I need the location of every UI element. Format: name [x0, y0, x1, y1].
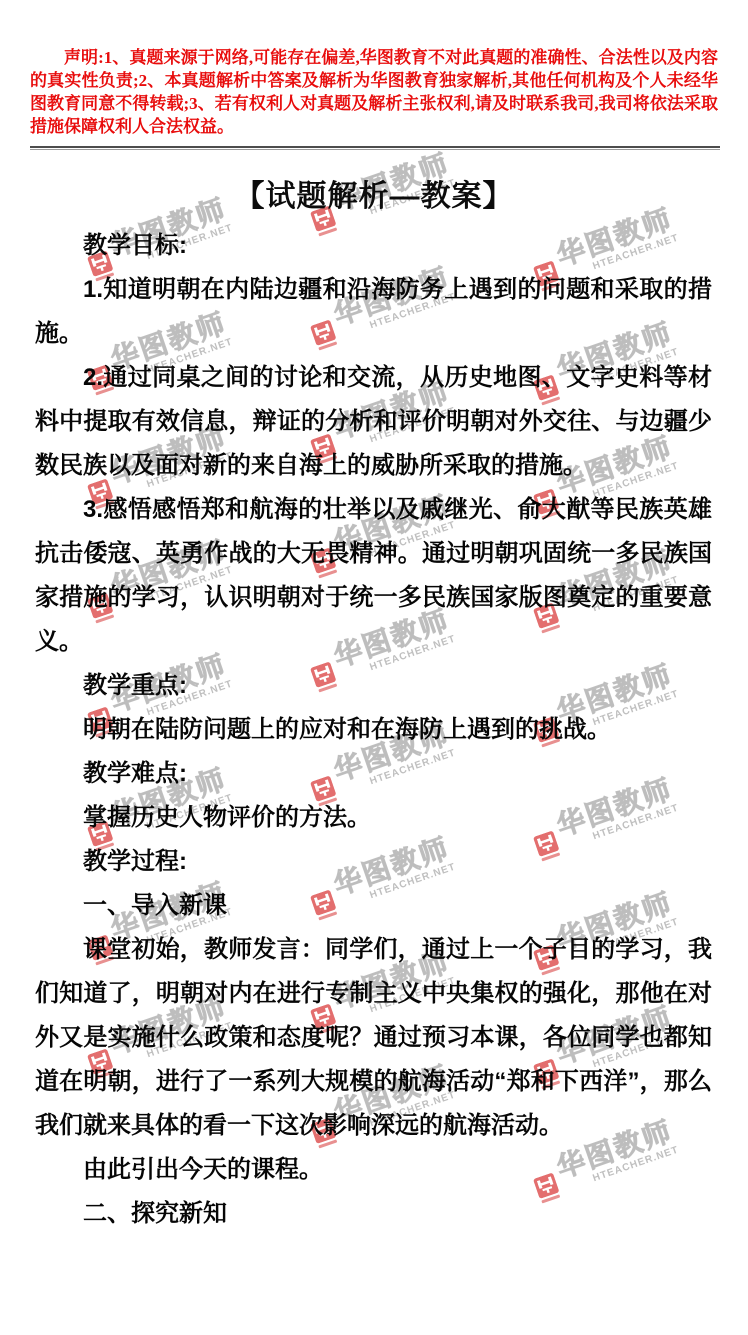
disclaimer-text: 1、真题来源于网络,可能存在偏差,华图教育不对此真题的准确性、合法性以及内容的真…: [30, 48, 718, 136]
disclaimer: 声明:1、真题来源于网络,可能存在偏差,华图教育不对此真题的准确性、合法性以及内…: [30, 46, 718, 138]
document-page: 华图教师 HTEACHER.NET 华图教师 HTEACHER.NET: [0, 0, 748, 1335]
section-divider: [30, 146, 720, 150]
paragraph: 教学难点:: [35, 752, 712, 796]
paragraph: 教学目标:: [35, 224, 712, 268]
disclaimer-label: 声明:: [64, 48, 104, 67]
paragraph: 二、探究新知: [35, 1192, 712, 1236]
paragraph: 1.知道明朝在内陆边疆和沿海防务上遇到的问题和采取的措施。: [35, 268, 712, 356]
paragraph: 掌握历史人物评价的方法。: [35, 796, 712, 840]
paragraph: 教学过程:: [35, 840, 712, 884]
paragraph: 一、导入新课: [35, 884, 712, 928]
paragraph: 课堂初始，教师发言：同学们，通过上一个子目的学习，我们知道了，明朝对内在进行专制…: [35, 928, 712, 1148]
page-title: 【试题解析—教案】: [0, 176, 748, 218]
paragraph: 3.感悟感悟郑和航海的壮举以及戚继光、俞大猷等民族英雄抗击倭寇、英勇作战的大无畏…: [35, 488, 712, 664]
paragraph: 由此引出今天的课程。: [35, 1148, 712, 1192]
paragraph: 明朝在陆防问题上的应对和在海防上遇到的挑战。: [35, 708, 712, 752]
document-body: 教学目标:1.知道明朝在内陆边疆和沿海防务上遇到的问题和采取的措施。2.通过同桌…: [35, 224, 712, 1236]
paragraph: 2.通过同桌之间的讨论和交流，从历史地图、文字史料等材料中提取有效信息，辩证的分…: [35, 356, 712, 488]
document-content: 声明:1、真题来源于网络,可能存在偏差,华图教育不对此真题的准确性、合法性以及内…: [0, 46, 748, 1236]
paragraph: 教学重点:: [35, 664, 712, 708]
